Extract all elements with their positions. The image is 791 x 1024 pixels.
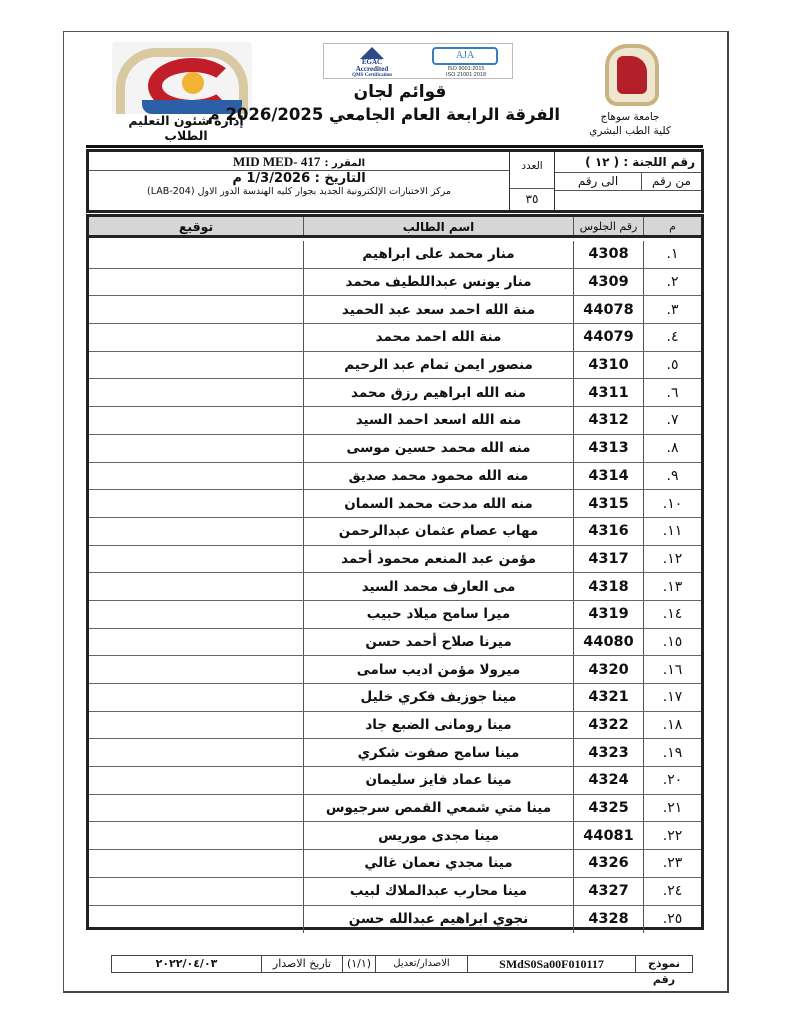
document-subtitle: الفرقة الرابعة العام الجامعي 2026/2025 م xyxy=(250,105,560,124)
signature-field[interactable] xyxy=(89,739,303,766)
seat-number: 4326 xyxy=(573,850,643,877)
signature-field[interactable] xyxy=(89,269,303,296)
signature-field[interactable] xyxy=(89,656,303,683)
row-index: ٤. xyxy=(643,324,701,351)
student-name: مى العارف محمد السيد xyxy=(303,573,573,600)
egac-line1: Accredited xyxy=(328,66,416,73)
row-index: ١٦. xyxy=(643,656,701,683)
sun-icon xyxy=(182,72,204,94)
table-row: ٢٠.4324مينا عماد فايز سليمان xyxy=(89,767,701,795)
seat-range-row: من رقم الى رقم xyxy=(555,173,701,191)
seat-number: 4324 xyxy=(573,767,643,794)
form-footer: نموذج رقم SMdS0Sa00F010117 الاصدار/تعديل… xyxy=(111,955,693,973)
row-index: ٢٠. xyxy=(643,767,701,794)
seat-number: 44081 xyxy=(573,822,643,849)
table-row: ٢.4309منار يونس عبداللطيف محمد xyxy=(89,269,701,297)
header-signature: توقيع xyxy=(89,217,303,235)
signature-field[interactable] xyxy=(89,379,303,406)
aja-text: ISO 9001:2015 ISO 21001:2018 xyxy=(422,66,510,78)
student-name: مينا سامح صفوت شكري xyxy=(303,739,573,766)
seat-number: 4312 xyxy=(573,407,643,434)
table-row: ٥.4310منصور ايمن تمام عبد الرحيم xyxy=(89,352,701,380)
student-name: مينا متي شمعي القمص سرجيوس xyxy=(303,795,573,822)
seat-number: 4317 xyxy=(573,546,643,573)
student-name: منار محمد على ابراهيم xyxy=(303,241,573,268)
table-row: ١٨.4322مينا رومانى الضبع جاد xyxy=(89,712,701,740)
seat-number: 4309 xyxy=(573,269,643,296)
table-row: ١٥.44080ميرنا صلاح أحمد حسن xyxy=(89,629,701,657)
student-name: مينا عماد فايز سليمان xyxy=(303,767,573,794)
table-row: ٣.44078منة الله احمد سعد عبد الحميد xyxy=(89,296,701,324)
signature-field[interactable] xyxy=(89,906,303,934)
student-name: مينا مجدى موريس xyxy=(303,822,573,849)
seat-number: 4316 xyxy=(573,518,643,545)
seat-number: 4311 xyxy=(573,379,643,406)
signature-field[interactable] xyxy=(89,463,303,490)
revision-value: (١/١) xyxy=(342,956,375,972)
signature-field[interactable] xyxy=(89,518,303,545)
form-number-label: نموذج رقم xyxy=(635,956,692,972)
row-index: ٧. xyxy=(643,407,701,434)
row-index: ٢٢. xyxy=(643,822,701,849)
course-label: المقرر : xyxy=(325,158,366,169)
student-name: منار يونس عبداللطيف محمد xyxy=(303,269,573,296)
committee-number: رقم اللجنة : ( ١٢ ) xyxy=(555,152,701,173)
signature-field[interactable] xyxy=(89,878,303,905)
signature-field[interactable] xyxy=(89,352,303,379)
seat-number: 44078 xyxy=(573,296,643,323)
row-index: ١٩. xyxy=(643,739,701,766)
certification-logos: EGAC Accredited QMS Certification AJA IS… xyxy=(323,43,513,79)
signature-field[interactable] xyxy=(89,490,303,517)
student-name: مهاب عصام عثمان عبدالرحمن xyxy=(303,518,573,545)
table-row: ٧.4312منه الله اسعد احمد السيد xyxy=(89,407,701,435)
student-name: منة الله احمد محمد xyxy=(303,324,573,351)
table-header: م رقم الجلوس اسم الطالب توقيع xyxy=(89,217,701,238)
row-index: ٢٥. xyxy=(643,906,701,934)
student-name: منه الله مدحت محمد السمان xyxy=(303,490,573,517)
signature-field[interactable] xyxy=(89,712,303,739)
seat-number: 4321 xyxy=(573,684,643,711)
row-index: ١١. xyxy=(643,518,701,545)
table-row: ١٩.4323مينا سامح صفوت شكري xyxy=(89,739,701,767)
seat-number: 4322 xyxy=(573,712,643,739)
signature-field[interactable] xyxy=(89,407,303,434)
count-divider xyxy=(510,188,554,189)
course-row: المقرر : MID MED- 417 xyxy=(89,152,509,171)
count-label: العدد xyxy=(510,160,554,172)
seat-number: 4315 xyxy=(573,490,643,517)
students-table: م رقم الجلوس اسم الطالب توقيع ١.4308منار… xyxy=(86,214,704,930)
student-name: مينا محارب عبدالملاك لبيب xyxy=(303,878,573,905)
seat-number: 4327 xyxy=(573,878,643,905)
table-row: ٦.4311منه الله ابراهيم رزق محمد xyxy=(89,379,701,407)
faculty-logo xyxy=(112,42,252,114)
to-number-label: الى رقم xyxy=(555,173,641,190)
signature-field[interactable] xyxy=(89,629,303,656)
header-student-name: اسم الطالب xyxy=(303,217,573,235)
row-index: ٢٤. xyxy=(643,878,701,905)
signature-field[interactable] xyxy=(89,767,303,794)
table-row: ٨.4313منه الله محمد حسين موسى xyxy=(89,435,701,463)
seat-number: 4310 xyxy=(573,352,643,379)
row-index: ٢٣. xyxy=(643,850,701,877)
signature-field[interactable] xyxy=(89,601,303,628)
header-index: م xyxy=(643,217,701,235)
student-name: منة الله احمد سعد عبد الحميد xyxy=(303,296,573,323)
student-name: منه الله محمود محمد صديق xyxy=(303,463,573,490)
signature-field[interactable] xyxy=(89,573,303,600)
table-body: ١.4308منار محمد على ابراهيم٢.4309منار يو… xyxy=(89,241,701,927)
row-index: ١٧. xyxy=(643,684,701,711)
row-index: ١٨. xyxy=(643,712,701,739)
student-name: منصور ايمن تمام عبد الرحيم xyxy=(303,352,573,379)
table-row: ١٧.4321مينا جوزيف فكري خليل xyxy=(89,684,701,712)
document-title: قوائم لجان xyxy=(280,82,520,102)
table-row: ١٢.4317مؤمن عبد المنعم محمود أحمد xyxy=(89,546,701,574)
row-index: ١٥. xyxy=(643,629,701,656)
table-row: ١١.4316مهاب عصام عثمان عبدالرحمن xyxy=(89,518,701,546)
university-name: جامعة سوهاج xyxy=(585,110,675,124)
exam-info-table: رقم اللجنة : ( ١٢ ) من رقم الى رقم العدد… xyxy=(86,149,704,213)
student-name: مينا رومانى الضبع جاد xyxy=(303,712,573,739)
table-row: ٢٥.4328نجوي ابراهيم عبدالله حسن xyxy=(89,906,701,934)
table-row: ٢٣.4326مينا مجدي نعمان غالي xyxy=(89,850,701,878)
signature-field[interactable] xyxy=(89,241,303,268)
seat-number: 4320 xyxy=(573,656,643,683)
from-number-label: من رقم xyxy=(641,173,701,190)
seat-number: 44080 xyxy=(573,629,643,656)
row-index: ٢. xyxy=(643,269,701,296)
aja-globe-badge: AJA xyxy=(432,47,498,65)
signature-field[interactable] xyxy=(89,435,303,462)
table-row: ١.4308منار محمد على ابراهيم xyxy=(89,241,701,269)
committee-cell: رقم اللجنة : ( ١٢ ) من رقم الى رقم xyxy=(554,152,701,210)
count-cell: العدد ٣٥ xyxy=(509,152,554,210)
signature-field[interactable] xyxy=(89,684,303,711)
faculty-name: كلية الطب البشري xyxy=(585,124,675,138)
student-name: ميرولا مؤمن اديب سامى xyxy=(303,656,573,683)
aja-logo: AJA ISO 9001:2015 ISO 21001:2018 xyxy=(418,44,512,78)
course-cell: المقرر : MID MED- 417 التاريخ : 1/3/2026… xyxy=(89,152,509,210)
seat-number: 4328 xyxy=(573,906,643,934)
table-row: ١٠.4315منه الله مدحت محمد السمان xyxy=(89,490,701,518)
egac-text: EGAC Accredited QMS Certification xyxy=(328,59,416,79)
university-emblem-icon xyxy=(617,56,647,94)
aja-line2: ISO 21001:2018 xyxy=(422,72,510,78)
issue-date-label: تاريخ الاصدار xyxy=(261,956,342,972)
table-row: ٤.44079منة الله احمد محمد xyxy=(89,324,701,352)
seat-number: 4308 xyxy=(573,241,643,268)
table-row: ١٣.4318مى العارف محمد السيد xyxy=(89,573,701,601)
revision-label: الاصدار/تعديل xyxy=(375,956,467,972)
row-index: ١٢. xyxy=(643,546,701,573)
signature-field[interactable] xyxy=(89,324,303,351)
signature-field[interactable] xyxy=(89,296,303,323)
table-row: ١٦.4320ميرولا مؤمن اديب سامى xyxy=(89,656,701,684)
student-name: منه الله اسعد احمد السيد xyxy=(303,407,573,434)
table-row: ١٤.4319ميرا سامح ميلاد حبيب xyxy=(89,601,701,629)
table-row: ٩.4314منه الله محمود محمد صديق xyxy=(89,463,701,491)
form-code: SMdS0Sa00F010117 xyxy=(467,956,635,972)
seat-number: 4319 xyxy=(573,601,643,628)
student-name: منه الله ابراهيم رزق محمد xyxy=(303,379,573,406)
row-index: ١. xyxy=(643,241,701,268)
signature-field[interactable] xyxy=(89,850,303,877)
seat-number: 44079 xyxy=(573,324,643,351)
seat-number: 4325 xyxy=(573,795,643,822)
row-index: ١٣. xyxy=(643,573,701,600)
row-index: ٥. xyxy=(643,352,701,379)
header-divider xyxy=(86,145,703,148)
student-name: مؤمن عبد المنعم محمود أحمد xyxy=(303,546,573,573)
seat-number: 4323 xyxy=(573,739,643,766)
row-index: ٢١. xyxy=(643,795,701,822)
student-name: نجوي ابراهيم عبدالله حسن xyxy=(303,906,573,934)
row-index: ٣. xyxy=(643,296,701,323)
row-index: ٩. xyxy=(643,463,701,490)
student-name: مينا جوزيف فكري خليل xyxy=(303,684,573,711)
signature-field[interactable] xyxy=(89,822,303,849)
university-label: جامعة سوهاج كلية الطب البشري xyxy=(585,110,675,138)
student-name: ميرنا صلاح أحمد حسن xyxy=(303,629,573,656)
issue-date-value: ٢٠٢٢/٠٤/٠٣ xyxy=(112,956,261,972)
row-index: ٨. xyxy=(643,435,701,462)
table-row: ٢١.4325مينا متي شمعي القمص سرجيوس xyxy=(89,795,701,823)
egac-line2: QMS Certification xyxy=(328,73,416,79)
course-code: MID MED- 417 xyxy=(233,154,320,169)
seat-number: 4314 xyxy=(573,463,643,490)
table-row: ٢٢.44081مينا مجدى موريس xyxy=(89,822,701,850)
student-name: مينا مجدي نعمان غالي xyxy=(303,850,573,877)
count-value: ٣٥ xyxy=(510,192,554,206)
signature-field[interactable] xyxy=(89,795,303,822)
university-logo xyxy=(605,44,659,106)
header-seat-number: رقم الجلوس xyxy=(573,217,643,235)
signature-field[interactable] xyxy=(89,546,303,573)
student-name: منه الله محمد حسين موسى xyxy=(303,435,573,462)
seat-number: 4313 xyxy=(573,435,643,462)
seat-number: 4318 xyxy=(573,573,643,600)
table-row: ٢٤.4327مينا محارب عبدالملاك لبيب xyxy=(89,878,701,906)
exam-location: مركز الاختبارات الإلكترونية الجديد بجوار… xyxy=(89,185,509,199)
row-index: ١٠. xyxy=(643,490,701,517)
row-index: ٦. xyxy=(643,379,701,406)
egac-logo: EGAC Accredited QMS Certification xyxy=(324,44,418,78)
student-name: ميرا سامح ميلاد حبيب xyxy=(303,601,573,628)
row-index: ١٤. xyxy=(643,601,701,628)
